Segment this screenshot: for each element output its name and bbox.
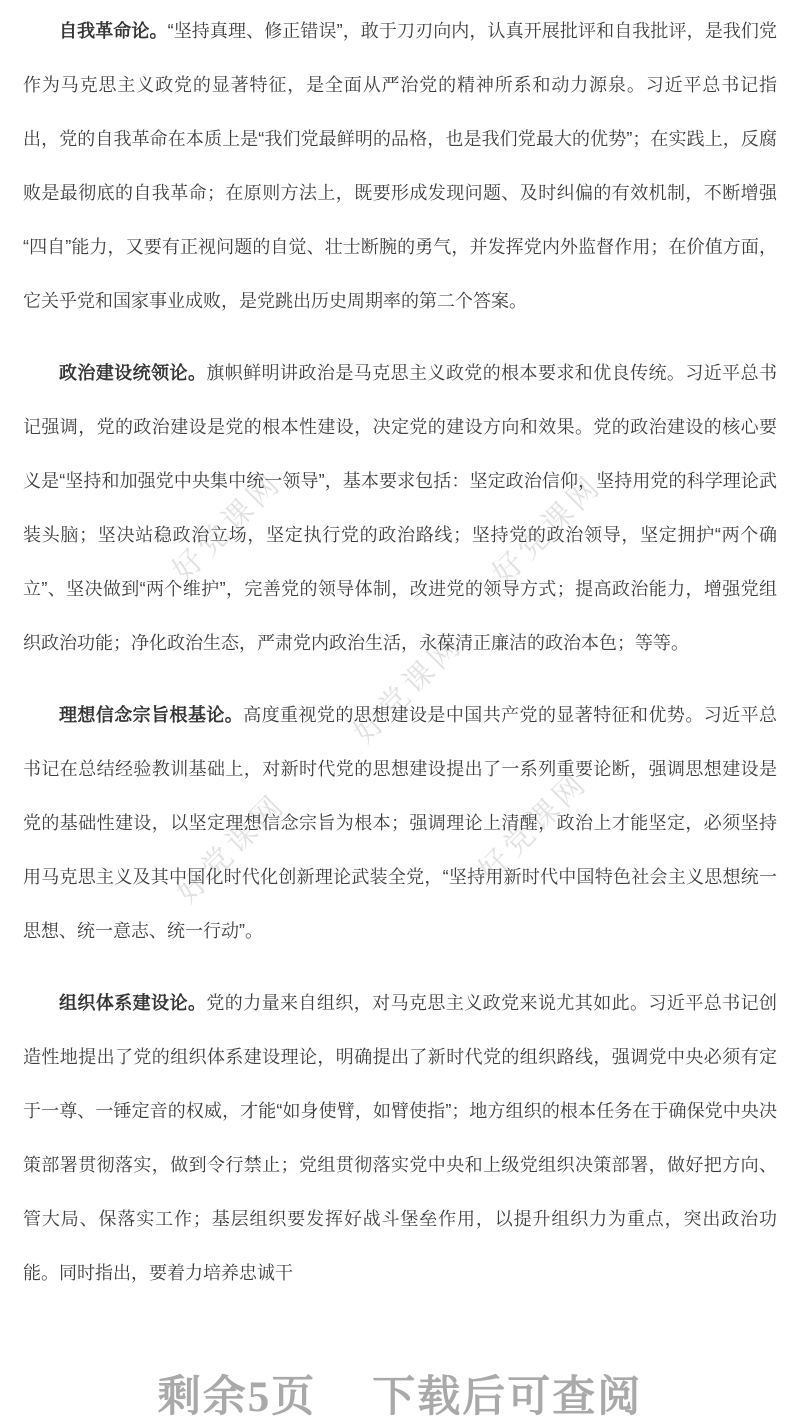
paragraph-political-building: 政治建设统领论。旗帜鲜明讲政治是马克思主义政党的根本要求和优良传统。习近平总书记… [23,346,777,670]
paragraph-2-text: 旗帜鲜明讲政治是马克思主义政党的根本要求和优良传统。习近平总书记强调，党的政治建… [23,363,777,653]
paragraph-3-text: 高度重视党的思想建设是中国共产党的显著特征和优势。习近平总书记在总结经验教训基础… [23,705,777,941]
remaining-pages-label: 剩余5页 [158,1374,317,1421]
paragraph-4-lead: 组织体系建设论。 [59,993,206,1013]
download-hint-label: 下载后可查阅 [372,1374,642,1421]
paragraph-ideals-beliefs: 理想信念宗旨根基论。高度重视党的思想建设是中国共产党的显著特征和优势。习近平总书… [23,688,777,958]
document-body: 自我革命论。“坚持真理、修正错误”，敢于刀刃向内，认真开展批评和自我批评，是我们… [0,0,800,1300]
paragraph-4-text: 党的力量来自组织，对马克思主义政党来说尤其如此。习近平总书记创造性地提出了党的组… [23,993,777,1283]
paragraph-1-lead: 自我革命论。 [59,21,168,41]
document-page: 好党课网 好党课网 好党课网 好党课网 好党课网 自我革命论。“坚持真理、修正错… [0,0,800,1428]
page-footer: 剩余5页下载后可查阅 [0,1372,800,1424]
paragraph-1-text: “坚持真理、修正错误”，敢于刀刃向内，认真开展批评和自我批评，是我们党作为马克思… [23,21,777,311]
paragraph-2-lead: 政治建设统领论。 [59,363,206,383]
paragraph-3-lead: 理想信念宗旨根基论。 [59,705,243,725]
paragraph-organization-system: 组织体系建设论。党的力量来自组织，对马克思主义政党来说尤其如此。习近平总书记创造… [23,976,777,1300]
paragraph-self-revolution: 自我革命论。“坚持真理、修正错误”，敢于刀刃向内，认真开展批评和自我批评，是我们… [23,4,777,328]
